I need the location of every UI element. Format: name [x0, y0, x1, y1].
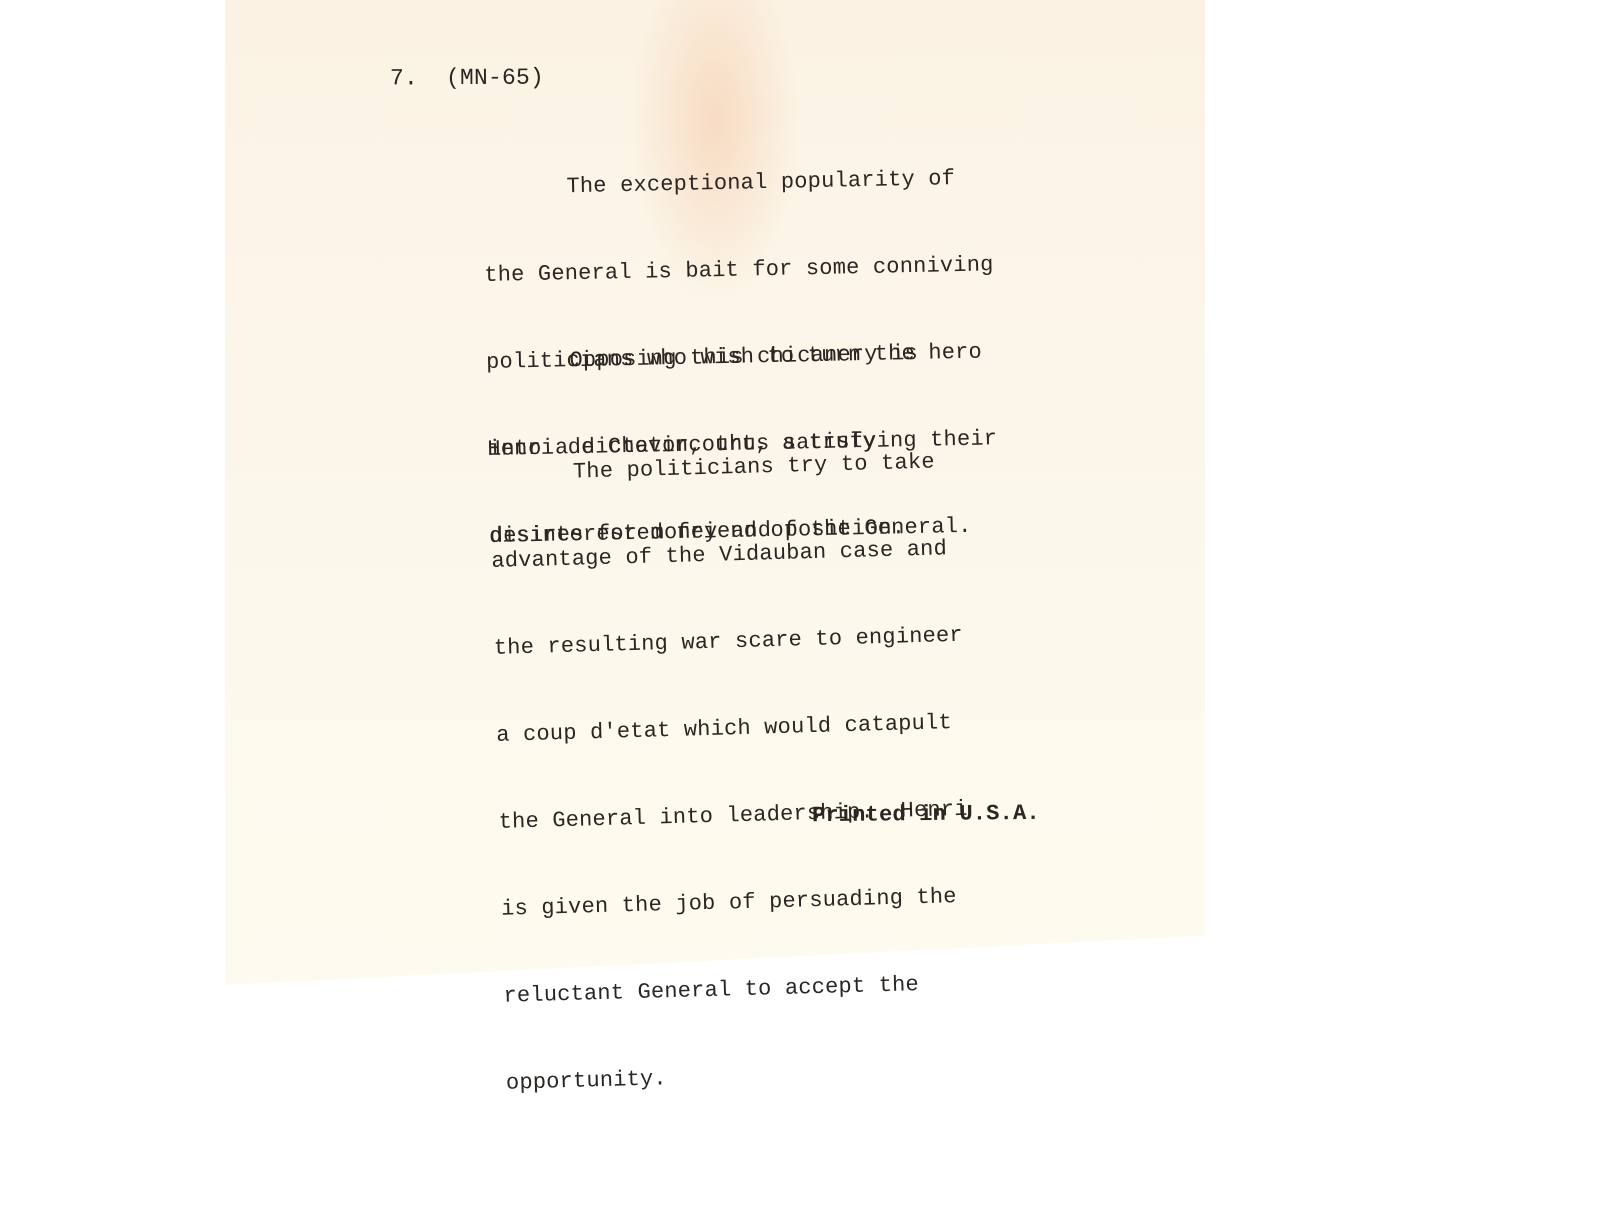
paragraph-line: opportunity.	[506, 1056, 976, 1098]
paragraph-line: advantage of the Vidauban case and	[491, 534, 961, 576]
paragraph-line: Opposing this chicanery is	[569, 341, 918, 373]
printed-in-usa-footer: Printed in U.S.A.	[812, 799, 1040, 830]
paragraph-line: reluctant General to accept the	[503, 969, 973, 1011]
document-heading: 7. (MN-65)	[390, 64, 544, 94]
paragraph-line: a coup d'etat which would catapult	[496, 708, 966, 750]
paragraph-line: The politicians try to take	[573, 450, 935, 485]
paragraph-line: is given the job of persuading the	[501, 882, 971, 924]
paragraph-line: the resulting war scare to engineer	[493, 621, 963, 663]
paragraph-3: The politicians try to take advantage of…	[487, 389, 976, 1127]
paragraph-line: The exceptional popularity of	[566, 166, 955, 199]
